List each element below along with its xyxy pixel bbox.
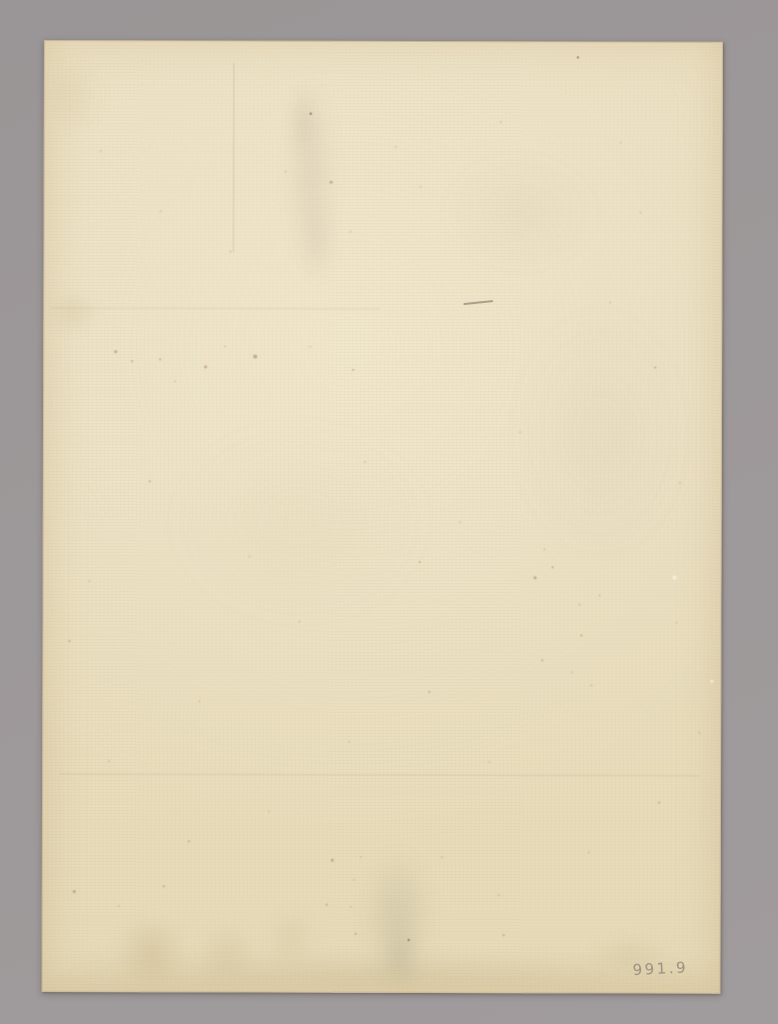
foxing-spot: [577, 56, 580, 59]
stain-left-middle-stain: [45, 289, 100, 334]
foxing-spot: [620, 142, 622, 144]
foxing-spot: [163, 885, 166, 888]
foxing-spot: [571, 671, 573, 673]
inventory-number-inscription: 991.9: [632, 958, 688, 979]
foxing-spot: [488, 761, 490, 763]
foxing-spot: [580, 634, 583, 637]
foxing-spot: [349, 231, 351, 233]
foxing-spot: [350, 906, 352, 908]
stain-top-center-smudge-core: [286, 82, 320, 162]
foxing-spot: [579, 603, 581, 605]
foxing-spot: [160, 210, 162, 212]
foxing-spot: [441, 856, 443, 858]
foxing-spot: [698, 732, 700, 734]
foxing-spot: [679, 482, 681, 484]
foxing-spot: [544, 548, 546, 550]
foxing-spot: [131, 360, 133, 362]
crease-horizontal-fold-lower: [59, 773, 699, 777]
foxing-spot: [68, 640, 71, 643]
foxing-spot: [174, 380, 176, 382]
crease-horizontal-fold-upper: [50, 307, 380, 310]
foxing-spot: [89, 580, 91, 582]
foxing-spot: [498, 894, 500, 896]
foxing-spot: [533, 576, 536, 579]
foxing-spot: [149, 480, 152, 483]
stain-right-middle-gray-wash: [510, 302, 691, 562]
foxing-spot: [285, 171, 287, 173]
stain-center-warm-patch: [169, 421, 430, 622]
foxing-spot: [118, 905, 120, 907]
foxing-spot: [590, 684, 592, 686]
stain-upper-right-gray-wash: [440, 152, 600, 272]
foxing-spot: [675, 622, 677, 624]
foxing-spot: [364, 461, 366, 463]
foxing-spot: [268, 811, 270, 813]
foxing-spot: [329, 180, 332, 183]
foxing-spot: [588, 851, 590, 853]
crease-layer: [45, 41, 722, 43]
stain-top-center-smudge: [283, 77, 339, 277]
foxing-spot: [325, 903, 328, 906]
foxing-spot: [229, 250, 231, 252]
foxing-spot: [502, 934, 505, 937]
paper-texture: [43, 41, 722, 993]
foxing-spot: [249, 556, 251, 558]
foxing-spot: [100, 150, 102, 152]
foxing-spot: [541, 659, 544, 662]
stain-bottom-center-smudge-core: [378, 922, 423, 992]
foxing-spot: [360, 856, 362, 858]
foxing-spot: [298, 621, 300, 623]
foxing-spot: [72, 890, 75, 893]
foxing-spot: [459, 521, 461, 523]
foxing-spot: [599, 595, 601, 597]
foxing-spot: [330, 858, 333, 861]
foxing-spot: [310, 113, 312, 115]
foxing-spot: [188, 840, 191, 843]
stain-bottom-left-blotch-2: [197, 922, 257, 984]
foxing-spot: [353, 879, 355, 881]
photo-backdrop: 991.9: [0, 0, 778, 1024]
foxing-spot: [348, 741, 350, 743]
foxing-spot: [519, 431, 521, 433]
crease-scratch-upper-right: [463, 300, 493, 305]
foxing-spot: [198, 700, 200, 702]
foxing-spot: [108, 760, 110, 762]
foxing-spot: [354, 933, 357, 936]
stain-top-left-edge-warm: [41, 51, 101, 141]
foxing-spot: [395, 146, 397, 148]
foxing-spot: [710, 679, 713, 682]
foxing-spot: [420, 186, 422, 188]
stain-layer: [45, 41, 722, 43]
foxing-spot: [114, 350, 117, 353]
foxing-spot: [309, 346, 311, 348]
foxing-spot: [551, 566, 554, 569]
stain-bottom-left-blotch-3: [265, 908, 317, 972]
foxing-spot: [159, 358, 162, 361]
foxing-spot: [500, 121, 502, 123]
stain-bottom-left-blotch-1: [113, 914, 188, 989]
foxing-spot: [640, 212, 642, 214]
foxing-spot: [253, 355, 257, 359]
stain-bottom-edge-darkening: [51, 955, 711, 993]
foxing-spot: [658, 801, 661, 804]
foxing-spot-layer: [45, 41, 722, 43]
stain-top-center-smudge-tail: [298, 197, 338, 287]
stain-bottom-center-smudge: [359, 847, 434, 987]
foxing-spot: [673, 576, 677, 580]
foxing-spot: [609, 301, 611, 303]
foxing-spot: [654, 366, 657, 369]
foxing-spot: [408, 939, 410, 941]
foxing-spot: [224, 345, 226, 347]
paper-sheet: 991.9: [42, 40, 723, 994]
foxing-spot: [352, 369, 355, 372]
crease-vertical-crease-top: [232, 62, 234, 252]
foxing-spot: [428, 691, 431, 694]
foxing-spot: [204, 365, 207, 368]
foxing-spot: [419, 561, 421, 563]
